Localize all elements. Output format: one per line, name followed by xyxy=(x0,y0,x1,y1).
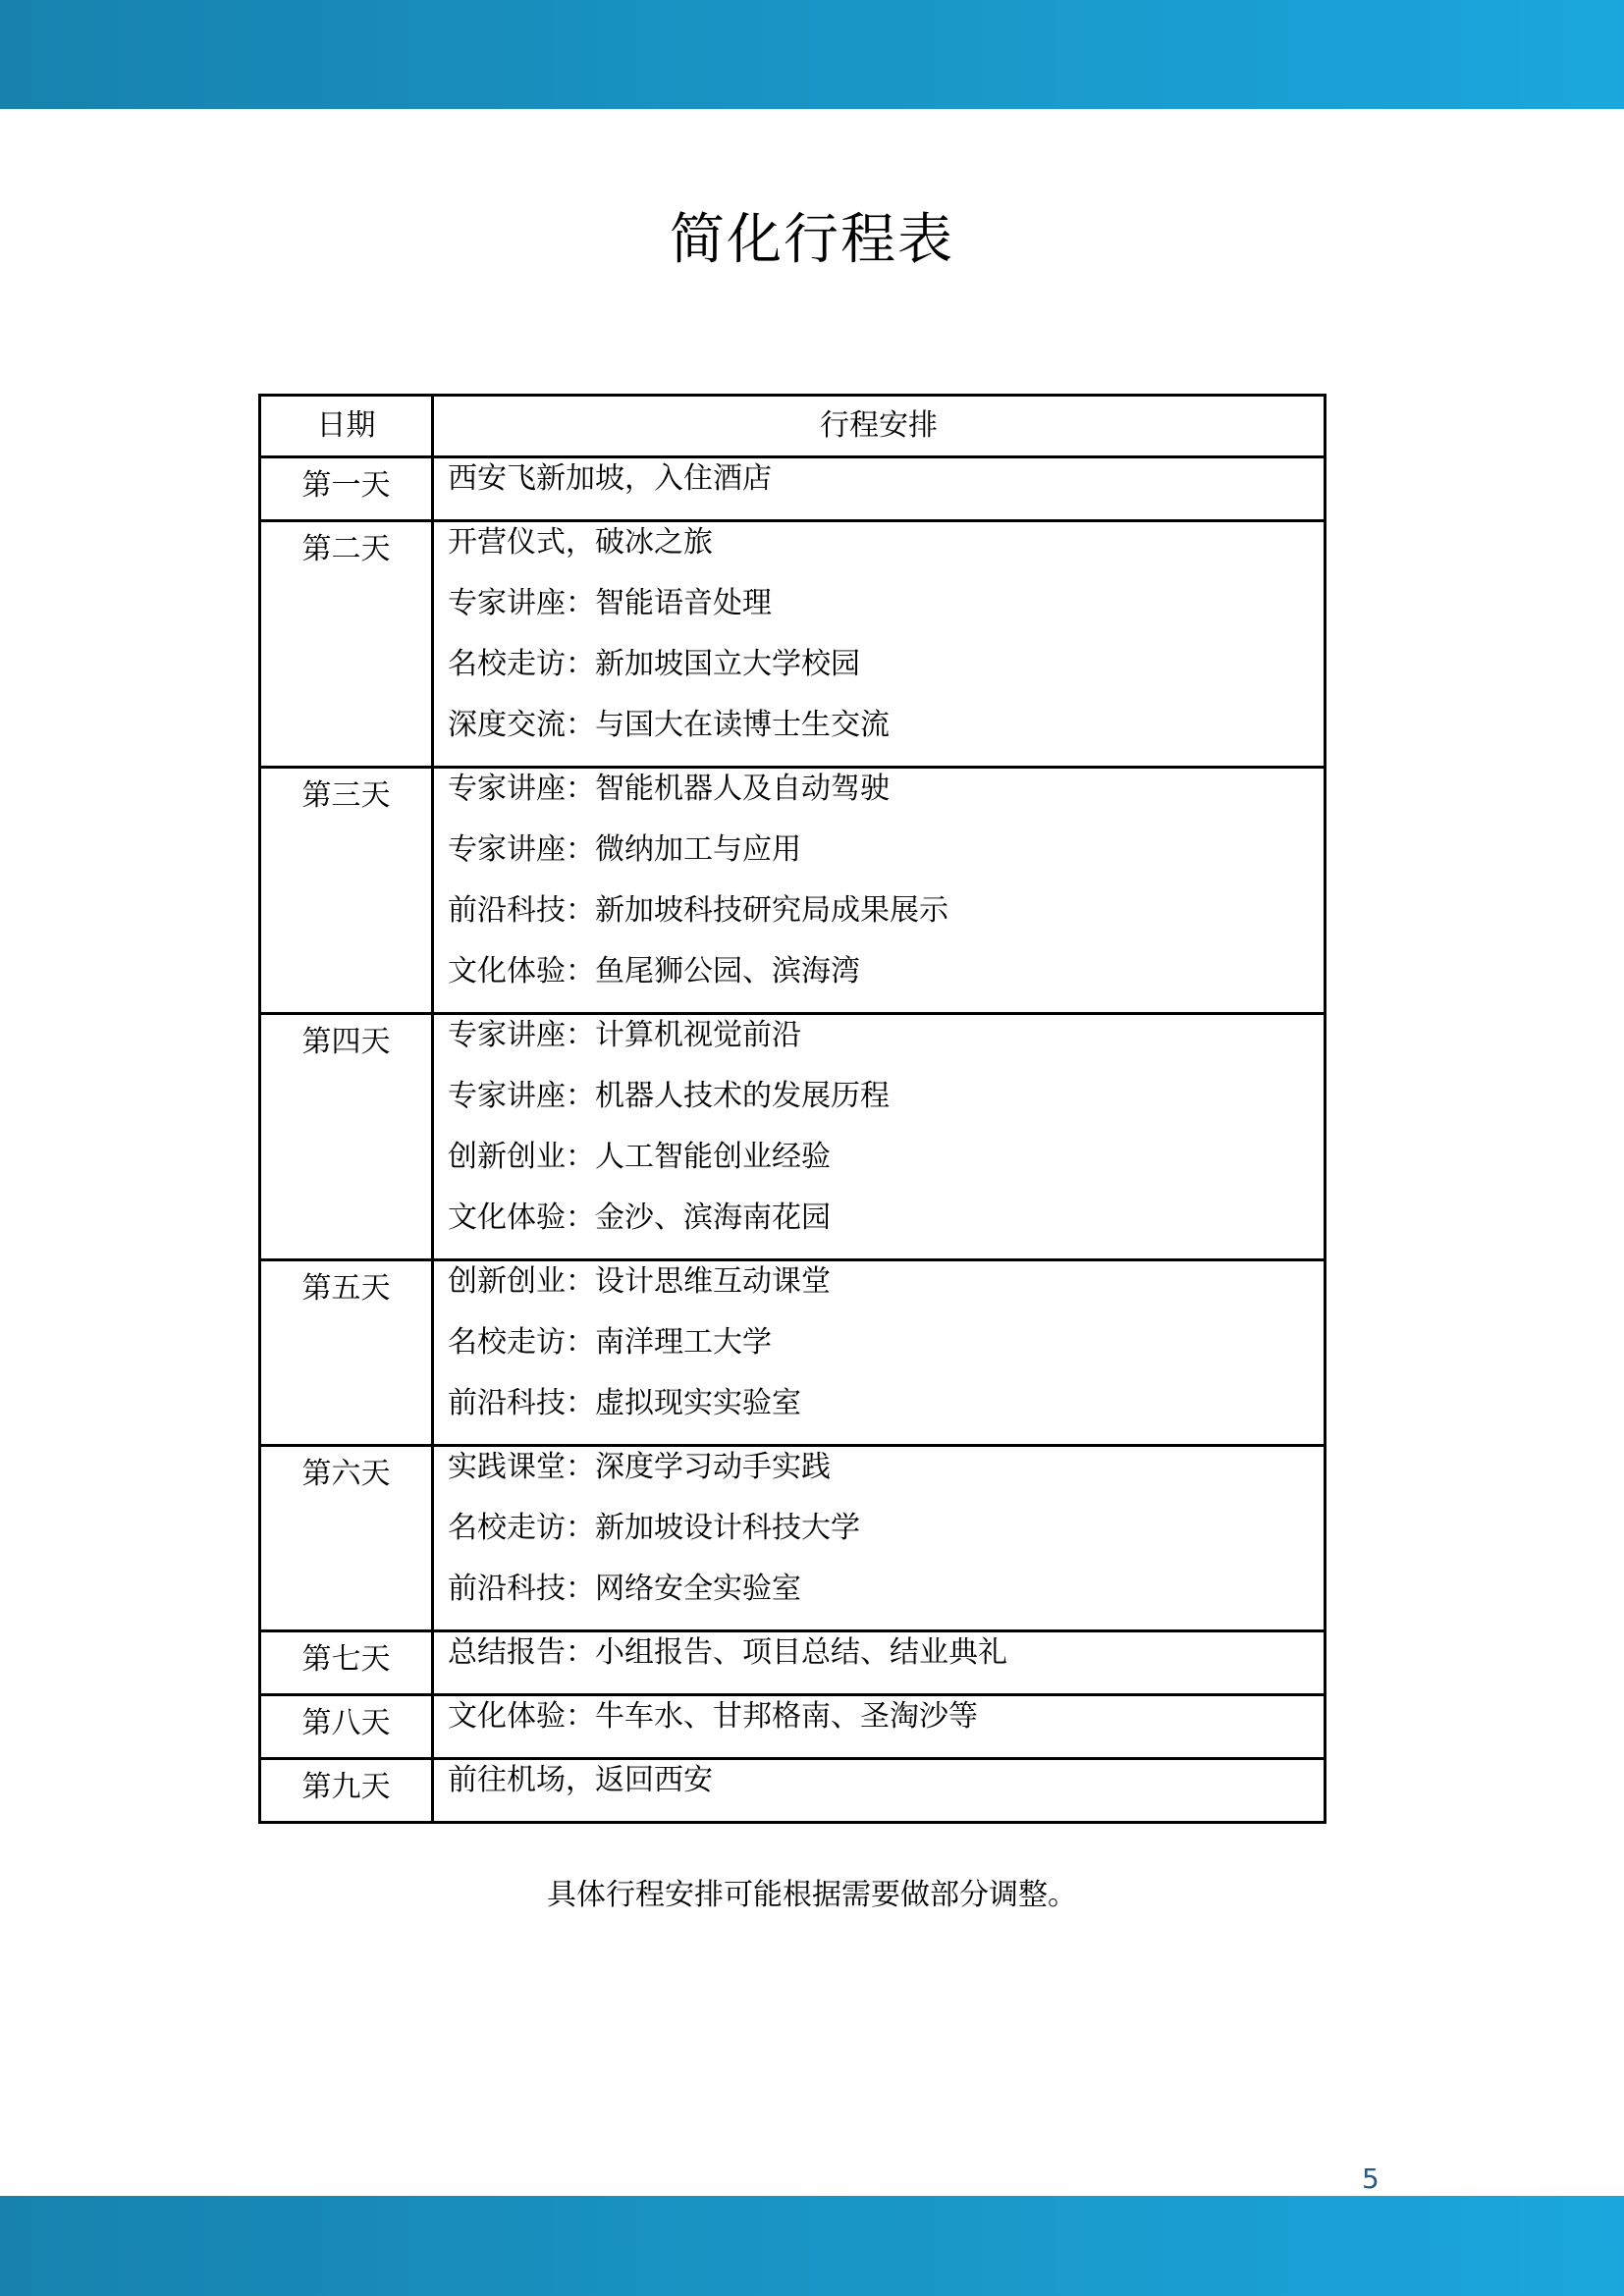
schedule-item: 深度交流：与国大在读博士生交流 xyxy=(448,705,1324,766)
day-cell: 第二天 xyxy=(260,521,433,768)
schedule-item: 名校走访：新加坡设计科技大学 xyxy=(448,1508,1324,1569)
table-row: 第一天西安飞新加坡，入住酒店 xyxy=(260,457,1326,521)
schedule-item: 名校走访：新加坡国立大学校园 xyxy=(448,644,1324,705)
table-row: 第四天专家讲座：计算机视觉前沿专家讲座：机器人技术的发展历程创新创业：人工智能创… xyxy=(260,1014,1326,1260)
day-cell: 第九天 xyxy=(260,1759,433,1823)
schedule-item: 专家讲座：智能机器人及自动驾驶 xyxy=(448,769,1324,829)
page-number: 5 xyxy=(1362,2163,1380,2195)
schedule-cell: 总结报告：小组报告、项目总结、结业典礼 xyxy=(433,1631,1326,1695)
schedule-item: 前往机场，返回西安 xyxy=(448,1760,1324,1821)
schedule-item: 名校走访：南洋理工大学 xyxy=(448,1322,1324,1383)
schedule-item: 专家讲座：计算机视觉前沿 xyxy=(448,1015,1324,1076)
schedule-item: 实践课堂：深度学习动手实践 xyxy=(448,1447,1324,1508)
header-schedule: 行程安排 xyxy=(433,396,1326,457)
schedule-item: 开营仪式，破冰之旅 xyxy=(448,522,1324,583)
table-row: 第七天总结报告：小组报告、项目总结、结业典礼 xyxy=(260,1631,1326,1695)
schedule-item: 专家讲座：智能语音处理 xyxy=(448,583,1324,644)
day-cell: 第一天 xyxy=(260,457,433,521)
schedule-cell: 实践课堂：深度学习动手实践名校走访：新加坡设计科技大学前沿科技：网络安全实验室 xyxy=(433,1446,1326,1631)
header-date: 日期 xyxy=(260,396,433,457)
footnote: 具体行程安排可能根据需要做部分调整。 xyxy=(0,1870,1624,1913)
table-header-row: 日期 行程安排 xyxy=(260,396,1326,457)
itinerary-table: 日期 行程安排 第一天西安飞新加坡，入住酒店第二天开营仪式，破冰之旅专家讲座：智… xyxy=(258,394,1326,1824)
table-row: 第二天开营仪式，破冰之旅专家讲座：智能语音处理名校走访：新加坡国立大学校园深度交… xyxy=(260,521,1326,768)
table-row: 第九天前往机场，返回西安 xyxy=(260,1759,1326,1823)
day-cell: 第四天 xyxy=(260,1014,433,1260)
day-cell: 第三天 xyxy=(260,768,433,1014)
table-row: 第五天创新创业：设计思维互动课堂名校走访：南洋理工大学前沿科技：虚拟现实实验室 xyxy=(260,1260,1326,1446)
schedule-item: 前沿科技：新加坡科技研究局成果展示 xyxy=(448,890,1324,951)
footer-band xyxy=(0,2196,1624,2296)
page-title: 简化行程表 xyxy=(0,196,1624,275)
day-cell: 第八天 xyxy=(260,1695,433,1759)
schedule-item: 前沿科技：虚拟现实实验室 xyxy=(448,1383,1324,1444)
day-cell: 第五天 xyxy=(260,1260,433,1446)
table-row: 第八天文化体验：牛车水、甘邦格南、圣淘沙等 xyxy=(260,1695,1326,1759)
schedule-cell: 前往机场，返回西安 xyxy=(433,1759,1326,1823)
schedule-cell: 文化体验：牛车水、甘邦格南、圣淘沙等 xyxy=(433,1695,1326,1759)
schedule-item: 文化体验：鱼尾狮公园、滨海湾 xyxy=(448,951,1324,1012)
schedule-cell: 开营仪式，破冰之旅专家讲座：智能语音处理名校走访：新加坡国立大学校园深度交流：与… xyxy=(433,521,1326,768)
table-row: 第三天专家讲座：智能机器人及自动驾驶专家讲座：微纳加工与应用前沿科技：新加坡科技… xyxy=(260,768,1326,1014)
schedule-item: 文化体验：金沙、滨海南花园 xyxy=(448,1198,1324,1258)
schedule-cell: 专家讲座：计算机视觉前沿专家讲座：机器人技术的发展历程创新创业：人工智能创业经验… xyxy=(433,1014,1326,1260)
schedule-cell: 专家讲座：智能机器人及自动驾驶专家讲座：微纳加工与应用前沿科技：新加坡科技研究局… xyxy=(433,768,1326,1014)
day-cell: 第七天 xyxy=(260,1631,433,1695)
day-cell: 第六天 xyxy=(260,1446,433,1631)
schedule-item: 西安飞新加坡，入住酒店 xyxy=(448,458,1324,519)
schedule-item: 总结报告：小组报告、项目总结、结业典礼 xyxy=(448,1632,1324,1693)
table-row: 第六天实践课堂：深度学习动手实践名校走访：新加坡设计科技大学前沿科技：网络安全实… xyxy=(260,1446,1326,1631)
schedule-item: 创新创业：设计思维互动课堂 xyxy=(448,1261,1324,1322)
schedule-cell: 西安飞新加坡，入住酒店 xyxy=(433,457,1326,521)
schedule-cell: 创新创业：设计思维互动课堂名校走访：南洋理工大学前沿科技：虚拟现实实验室 xyxy=(433,1260,1326,1446)
schedule-item: 创新创业：人工智能创业经验 xyxy=(448,1137,1324,1198)
schedule-item: 前沿科技：网络安全实验室 xyxy=(448,1569,1324,1629)
schedule-item: 专家讲座：机器人技术的发展历程 xyxy=(448,1076,1324,1137)
schedule-item: 文化体验：牛车水、甘邦格南、圣淘沙等 xyxy=(448,1696,1324,1757)
schedule-item: 专家讲座：微纳加工与应用 xyxy=(448,829,1324,890)
header-band xyxy=(0,0,1624,109)
